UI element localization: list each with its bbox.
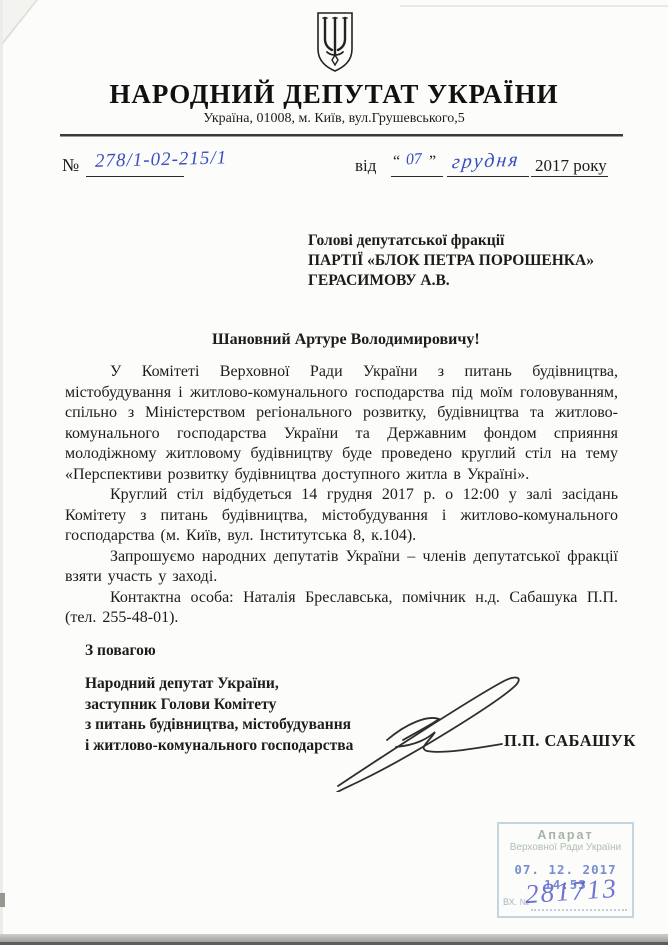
ref-number-label: №	[62, 155, 79, 176]
registration-stamp: Апарат Верховної Ради України 07. 12. 20…	[497, 822, 634, 918]
recipient-block: Голові депутатської фракції ПАРТІЇ «БЛОК…	[308, 231, 594, 291]
handwritten-signature	[332, 660, 532, 792]
stamp-incoming-number-handwritten: 281713	[524, 873, 619, 910]
signer-title-line: і житлово-комунального господарства	[85, 736, 353, 757]
scan-edge-left	[0, 0, 3, 945]
recipient-line: ГЕРАСИМОВУ А.В.	[308, 271, 594, 291]
date-open-quote: “	[393, 153, 400, 171]
letter-body: У Комітеті Верховної Ради України з пита…	[65, 362, 618, 629]
signer-title-line: заступник Голови Комітету	[85, 695, 353, 716]
scanned-letter-page: НАРОДНИЙ ДЕПУТАТ УКРАЇНИ Україна, 01008,…	[0, 0, 668, 945]
date-from-label: від	[355, 156, 376, 176]
ref-number-handwritten: 278/1-02-215/1	[95, 147, 236, 173]
body-paragraph: Контактна особа: Наталія Бреславська, по…	[65, 588, 618, 629]
signer-title-block: Народний депутат України, заступник Голо…	[85, 674, 353, 756]
stamp-org-line1: Апарат	[499, 828, 632, 842]
date-day-underline	[391, 176, 443, 177]
ref-number-underline	[86, 176, 184, 177]
date-month-handwritten: грудня	[451, 149, 521, 174]
signer-name: П.П. САБАШУК	[504, 731, 636, 751]
date-day-handwritten: 07	[405, 150, 422, 169]
letterhead-title: НАРОДНИЙ ДЕПУТАТ УКРАЇНИ	[0, 79, 668, 110]
body-paragraph: У Комітеті Верховної Ради України з пита…	[65, 362, 618, 485]
recipient-line: Голові депутатської фракції	[308, 231, 594, 251]
stamp-org-line2: Верховної Ради України	[499, 842, 632, 853]
date-month-underline	[447, 176, 529, 177]
signer-title-line: з питань будівництва, містобудування	[85, 715, 353, 736]
scan-edge-top	[400, 5, 668, 7]
body-paragraph: Запрошуємо народних депутатів України – …	[65, 547, 618, 588]
date-close-quote: ”	[429, 153, 436, 171]
closing-regards: З повагою	[85, 642, 156, 660]
recipient-line: ПАРТІЇ «БЛОК ПЕТРА ПОРОШЕНКА»	[308, 251, 594, 271]
date-year-text: 2017 року	[535, 156, 607, 176]
body-paragraph: Круглий стіл відбудеться 14 грудня 2017 …	[65, 485, 618, 547]
scan-edge-notch	[0, 893, 5, 907]
page-corner-fold	[0, 0, 36, 45]
date-year-underline	[531, 176, 608, 177]
letterhead-address: Україна, 01008, м. Київ, вул.Грушевськог…	[0, 111, 668, 127]
ukraine-tryzub-icon	[309, 11, 361, 73]
salutation: Шановний Артуре Володимировичу!	[212, 331, 480, 349]
letterhead-divider	[60, 134, 623, 137]
signer-title-line: Народний депутат України,	[85, 674, 353, 695]
